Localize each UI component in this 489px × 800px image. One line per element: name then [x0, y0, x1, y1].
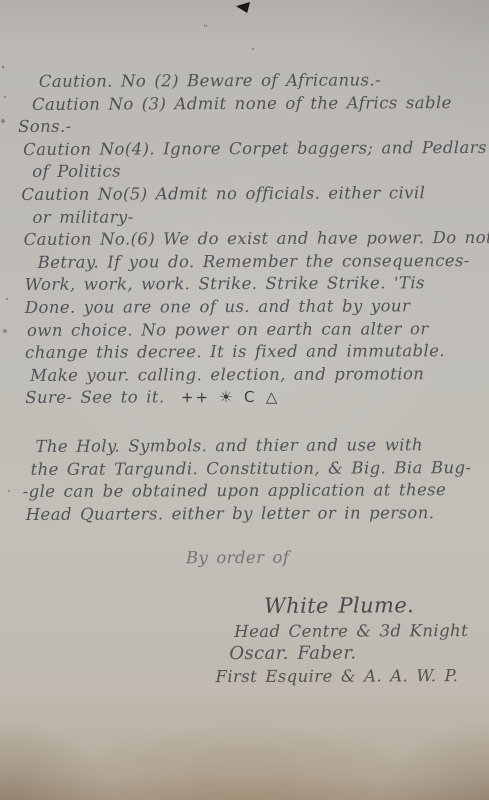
secret-symbols: ++ ☀ C △ — [181, 388, 279, 406]
caution-4-continuation: of Politics — [32, 159, 488, 184]
cautions-section: Caution. No (2) Beware of Africanus.- Ca… — [0, 69, 489, 410]
caution-3-continuation: Sons.- — [18, 114, 488, 139]
caution-6-line-5: own choice. No power on earth can alter … — [27, 317, 489, 342]
paragraph-line: -gle can be obtained upon application at… — [23, 479, 489, 504]
caution-6-line-7: Make your. calling. election, and promot… — [30, 363, 489, 388]
caution-3-line: Caution No (3) Admit none of the Africs … — [32, 92, 488, 117]
paragraph-line: The Holy. Symbols. and thier and use wit… — [35, 434, 489, 459]
signature-title: Head Centre & 3d Knight — [234, 619, 489, 643]
signature-name: Oscar. Faber. — [229, 642, 489, 665]
caution-5-line: Caution No(5) Admit no officials. either… — [21, 182, 488, 207]
signature-block: White Plume. Head Centre & 3d Knight Osc… — [1, 591, 489, 689]
by-order-of-line: By order of — [186, 546, 489, 570]
closing-section: By order of — [1, 546, 489, 571]
paragraph-line: Head Quarters. either by letter or in pe… — [26, 502, 489, 527]
caution-5-continuation: or military- — [32, 204, 488, 229]
caution-6-line-8: Sure- See to it. ++ ☀ C △ — [25, 385, 489, 410]
signature-name: White Plume. — [264, 591, 489, 620]
caution-6-line-3: Work, work, work. Strike. Strike Strike.… — [25, 272, 489, 297]
paragraph-line: the Grat Targundi. Constitution, & Big. … — [30, 456, 489, 481]
caution-6-line: Caution No.(6) We do exist and have powe… — [23, 227, 488, 252]
caution-4-line: Caution No(4). Ignore Corpet baggers; an… — [23, 137, 488, 162]
handwritten-text: Caution. No (2) Beware of Africanus.- Ca… — [0, 0, 489, 689]
caution-6-line-6: change this decree. It is fixed and immu… — [25, 340, 489, 365]
signature-title: First Esquire & A. A. W. P. — [215, 664, 489, 688]
document-page: „ Caution. No (2) Beware of Africanus.- … — [0, 0, 489, 800]
holy-symbols-paragraph: The Holy. Symbols. and thier and use wit… — [0, 434, 489, 527]
see-to-it-text: Sure- See to it. — [25, 388, 164, 408]
caution-2-line: Caution. No (2) Beware of Africanus.- — [39, 69, 488, 94]
caution-6-line-2: Betray. If you do. Remember the conseque… — [38, 250, 489, 275]
caution-6-line-4: Done. you are one of us. and that by you… — [25, 295, 489, 320]
